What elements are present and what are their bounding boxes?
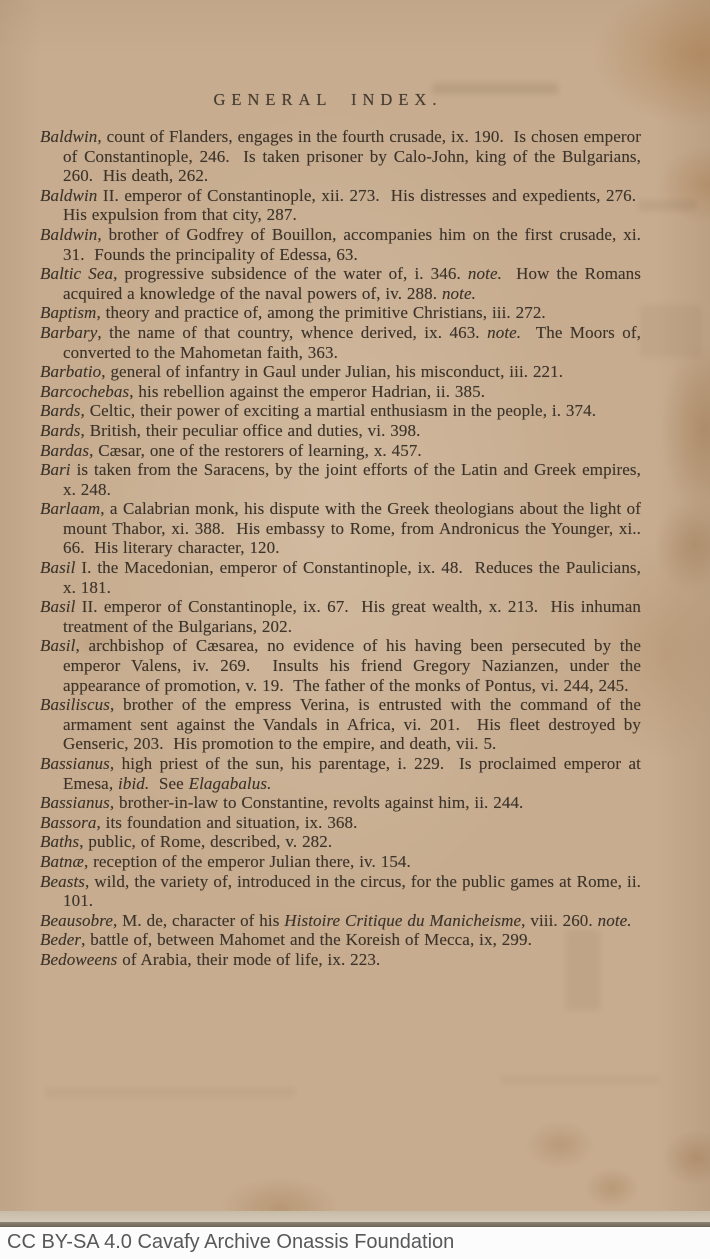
entry-italic-text: Beder: [40, 930, 81, 949]
index-entry: Basiliscus, brother of the empress Verin…: [40, 695, 641, 754]
entry-text: is taken from the Saracens, by the joint…: [63, 460, 641, 499]
index-entry: Baldwin II. emperor of Constantinople, x…: [40, 186, 641, 225]
entry-text: , viii. 260.: [521, 911, 597, 930]
entry-text: I. the Macedonian, emperor of Constantin…: [63, 558, 641, 597]
index-entries: Baldwin, count of Flanders, engages in t…: [40, 127, 641, 970]
entry-italic-text: Bassora: [40, 813, 96, 832]
entry-italic-text: Baths: [40, 832, 79, 851]
entry-italic-text: Baptism: [40, 303, 96, 322]
entry-italic-text: Bedoweens: [40, 950, 117, 969]
index-entry: Barbary, the name of that country, whenc…: [40, 323, 641, 362]
index-entry: Beasts, wild, the variety of, introduced…: [40, 872, 641, 911]
index-entry: Bari is taken from the Saracens, by the …: [40, 460, 641, 499]
index-entry: Bassora, its foundation and situation, i…: [40, 813, 641, 833]
entry-text: , Celtic, their power of exciting a mart…: [81, 401, 597, 420]
index-entry: Basil I. the Macedonian, emperor of Cons…: [40, 558, 641, 597]
entry-text: , brother of the empress Verina, is entr…: [63, 695, 641, 753]
license-text: CC BY-SA 4.0 Cavafy Archive Onassis Foun…: [7, 1227, 454, 1259]
index-entry: Beausobre, M. de, character of his Histo…: [40, 911, 641, 931]
entry-text: , brother-in-law to Constantine, revolts…: [110, 793, 524, 812]
entry-italic-text: Bassianus: [40, 754, 110, 773]
index-entry: Bassianus, brother-in-law to Constantine…: [40, 793, 641, 813]
entry-text: , battle of, between Mahomet and the Kor…: [81, 930, 532, 949]
entry-text: , his rebellion against the emperor Hadr…: [129, 382, 485, 401]
entry-italic-text: Histoire Critique du Manicheisme: [284, 911, 521, 930]
showthrough-smudge: [500, 1075, 660, 1084]
entry-italic-text: Baldwin: [40, 225, 97, 244]
entry-italic-text: Barlaam: [40, 499, 100, 518]
index-entry: Barcochebas, his rebellion against the e…: [40, 382, 641, 402]
entry-text: of Arabia, their mode of life, ix. 223.: [117, 950, 380, 969]
entry-text: , Cæsar, one of the restorers of learnin…: [89, 441, 422, 460]
entry-text: , progressive subsidence of the water of…: [113, 264, 468, 283]
entry-italic-text: Elagabalus.: [189, 774, 272, 793]
index-entry: Baptism, theory and practice of, among t…: [40, 303, 641, 323]
index-entry: Batnæ, reception of the emperor Julian t…: [40, 852, 641, 872]
entry-italic-text: Beasts: [40, 872, 85, 891]
entry-text: , public, of Rome, described, v. 282.: [79, 832, 332, 851]
index-entry: Bassianus, high priest of the sun, his p…: [40, 754, 641, 793]
entry-text: II. emperor of Constantinople, ix. 67. H…: [63, 597, 641, 636]
entry-italic-text: note.: [598, 911, 632, 930]
showthrough-smudge: [45, 1088, 295, 1097]
entry-text: , wild, the variety of, introduced in th…: [63, 872, 641, 911]
showthrough-smudge: [640, 305, 702, 357]
entry-italic-text: Bardas: [40, 441, 89, 460]
entry-italic-text: note.: [487, 323, 521, 342]
index-entry: Beder, battle of, between Mahomet and th…: [40, 930, 641, 950]
index-entry: Barbatio, general of infantry in Gaul un…: [40, 362, 641, 382]
entry-italic-text: Bassianus: [40, 793, 110, 812]
showthrough-smudge: [638, 200, 696, 211]
index-entry: Baldwin, brother of Godfrey of Bouillon,…: [40, 225, 641, 264]
index-entry: Bedoweens of Arabia, their mode of life,…: [40, 950, 641, 970]
entry-italic-text: Barcochebas: [40, 382, 129, 401]
index-entry: Bards, British, their peculiar office an…: [40, 421, 641, 441]
index-entry: Baldwin, count of Flanders, engages in t…: [40, 127, 641, 186]
license-bar: CC BY-SA 4.0 Cavafy Archive Onassis Foun…: [0, 1227, 710, 1259]
entry-italic-text: Bari: [40, 460, 71, 479]
index-entry: Basil II. emperor of Constantinople, ix.…: [40, 597, 641, 636]
entry-italic-text: Baltic Sea: [40, 264, 113, 283]
entry-text: See: [149, 774, 188, 793]
entry-italic-text: Baldwin: [40, 127, 97, 146]
entry-italic-text: Beausobre: [40, 911, 113, 930]
entry-text: , a Calabrian monk, his dispute with the…: [63, 499, 641, 557]
entry-text: , general of infantry in Gaul under Juli…: [101, 362, 563, 381]
page-bottom-edge: [0, 1211, 710, 1222]
entry-italic-text: Bards: [40, 401, 81, 420]
entry-text: , British, their peculiar office and dut…: [81, 421, 421, 440]
screenshot-root: GENERAL INDEX. Baldwin, count of Flander…: [0, 0, 710, 1259]
entry-italic-text: Basil: [40, 597, 75, 616]
index-entry: Basil, archbishop of Cæsarea, no evidenc…: [40, 636, 641, 695]
entry-text: II. emperor of Constantinople, xii. 273.…: [63, 186, 641, 225]
book-page-scan: GENERAL INDEX. Baldwin, count of Flander…: [0, 0, 710, 1222]
index-entry: Bardas, Cæsar, one of the restorers of l…: [40, 441, 641, 461]
entry-text: , theory and practice of, among the prim…: [96, 303, 545, 322]
index-entry: Baltic Sea, progressive subsidence of th…: [40, 264, 641, 303]
entry-italic-text: Barbatio: [40, 362, 101, 381]
entry-italic-text: Basil: [40, 558, 75, 577]
entry-italic-text: note.: [442, 284, 476, 303]
index-entry: Barlaam, a Calabrian monk, his dispute w…: [40, 499, 641, 558]
page-title: GENERAL INDEX.: [0, 90, 656, 110]
index-entry: Baths, public, of Rome, described, v. 28…: [40, 832, 641, 852]
entry-text: , the name of that country, whence deriv…: [97, 323, 487, 342]
entry-italic-text: Basil: [40, 636, 75, 655]
entry-italic-text: Bards: [40, 421, 81, 440]
entry-italic-text: Baldwin: [40, 186, 97, 205]
entry-text: , count of Flanders, engages in the four…: [63, 127, 641, 185]
entry-italic-text: note.: [468, 264, 502, 283]
entry-italic-text: Basiliscus: [40, 695, 110, 714]
entry-italic-text: Barbary: [40, 323, 97, 342]
entry-text: , brother of Godfrey of Bouillon, accomp…: [63, 225, 641, 264]
entry-text: , its foundation and situation, ix. 368.: [96, 813, 357, 832]
entry-text: , archbishop of Cæsarea, no evidence of …: [63, 636, 641, 694]
entry-text: , reception of the emperor Julian there,…: [84, 852, 411, 871]
entry-text: , M. de, character of his: [113, 911, 284, 930]
index-entry: Bards, Celtic, their power of exciting a…: [40, 401, 641, 421]
entry-italic-text: ibid.: [118, 774, 149, 793]
entry-italic-text: Batnæ: [40, 852, 84, 871]
